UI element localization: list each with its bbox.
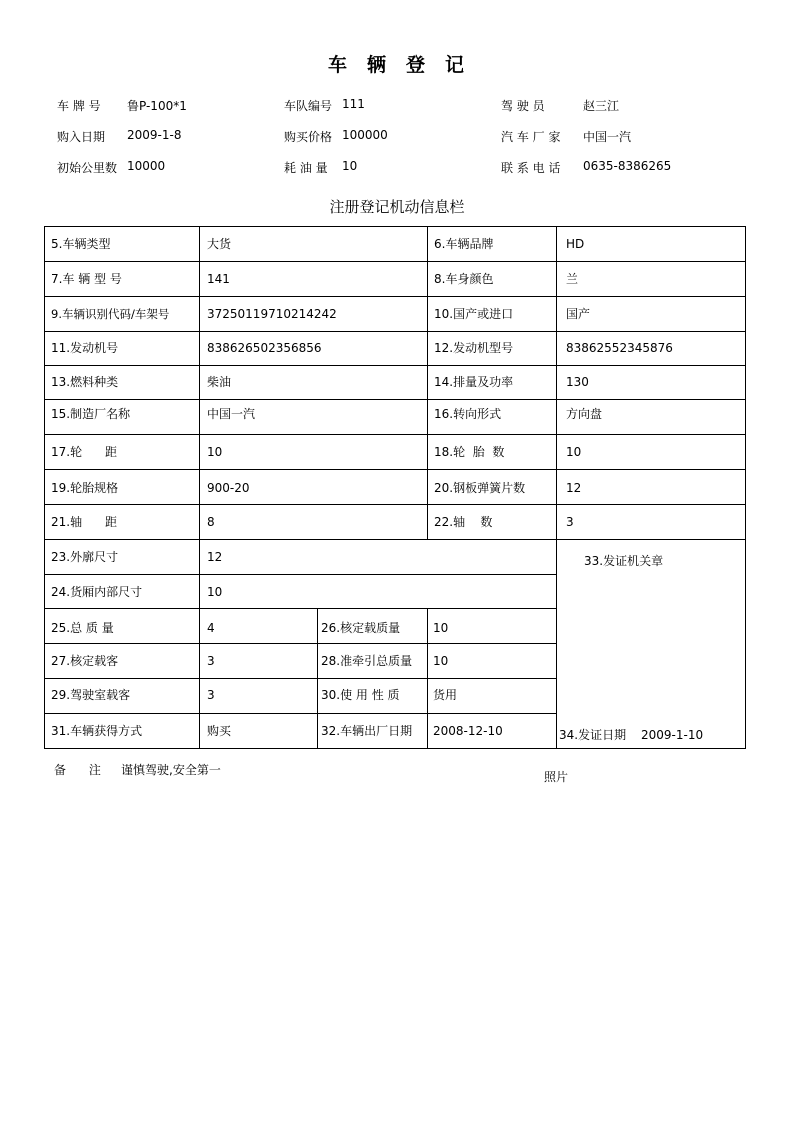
field-value: 国产 <box>566 307 590 321</box>
row-divider <box>44 574 556 575</box>
row-divider <box>44 226 746 227</box>
column-divider <box>556 226 557 749</box>
title-char: 登 <box>406 54 427 76</box>
field-label: 15.制造厂名称 <box>51 407 130 421</box>
row-divider <box>44 296 746 297</box>
field-label: 16.转向形式 <box>434 407 501 421</box>
field-value: 12 <box>207 550 222 564</box>
remarks-label: 备 注 <box>54 761 101 778</box>
row-divider <box>44 434 746 435</box>
field-value: 4 <box>207 621 215 635</box>
field-label: 8.车身颜色 <box>434 272 493 286</box>
field-value: 141 <box>207 272 230 286</box>
issue-date-value: 2009-1-10 <box>641 728 703 742</box>
field-value: 3 <box>566 515 574 529</box>
row-divider <box>44 678 556 679</box>
table-border <box>44 748 746 749</box>
remarks-value: 谨慎驾驶,安全第一 <box>121 761 221 778</box>
table-border <box>44 226 45 749</box>
row-divider <box>44 539 746 540</box>
field-label: 9.车辆识别代码/车架号 <box>51 307 169 321</box>
fuel-consumption-label: 耗 油 量 <box>284 159 328 176</box>
field-value: 10 <box>207 585 222 599</box>
field-label: 32.车辆出厂日期 <box>321 724 412 738</box>
table-border <box>745 226 746 749</box>
field-label: 29.驾驶室载客 <box>51 688 130 702</box>
field-label: 21.轴 距 <box>51 515 117 529</box>
field-value: 37250119710214242 <box>207 307 337 321</box>
initial-mileage-value: 10000 <box>127 159 165 173</box>
field-value: 83862552345876 <box>566 341 673 355</box>
field-label: 14.排量及功率 <box>434 375 513 389</box>
field-label: 6.车辆品牌 <box>434 237 493 251</box>
issue-date-label: 34.发证日期 <box>559 728 626 742</box>
field-value: 10 <box>207 445 222 459</box>
phone-value: 0635-8386265 <box>583 159 671 173</box>
fleet-no-value: 111 <box>342 97 365 111</box>
photo-label: 照片 <box>544 768 568 785</box>
seal-label: 33.发证机关章 <box>584 554 663 568</box>
purchase-date-value: 2009-1-8 <box>127 128 181 142</box>
field-value: 柴油 <box>207 375 231 389</box>
field-value: 方向盘 <box>566 407 602 421</box>
document-title: 车辆登记 <box>0 50 794 77</box>
manufacturer-label: 汽 车 厂 家 <box>501 128 560 145</box>
field-label: 24.货厢内部尺寸 <box>51 585 142 599</box>
field-label: 12.发动机型号 <box>434 341 513 355</box>
field-value: 8 <box>207 515 215 529</box>
field-label: 28.准牵引总质量 <box>321 654 412 668</box>
field-label: 19.轮胎规格 <box>51 481 118 495</box>
field-value: 10 <box>433 621 448 635</box>
column-divider <box>199 226 200 749</box>
field-label: 5.车辆类型 <box>51 237 110 251</box>
field-label: 18.轮 胎 数 <box>434 445 504 459</box>
field-label: 25.总 质 量 <box>51 621 114 635</box>
purchase-price-label: 购买价格 <box>284 128 332 145</box>
driver-value: 赵三江 <box>583 97 619 114</box>
fleet-no-label: 车队编号 <box>284 97 332 114</box>
row-divider <box>44 713 556 714</box>
field-value: 2008-12-10 <box>433 724 503 738</box>
field-value: 10 <box>566 445 581 459</box>
purchase-price-value: 100000 <box>342 128 388 142</box>
row-divider <box>44 261 746 262</box>
field-label: 31.车辆获得方式 <box>51 724 142 738</box>
plate-value: 鲁P-100*1 <box>127 97 187 114</box>
purchase-date-label: 购入日期 <box>57 128 105 145</box>
field-value: 900-20 <box>207 481 250 495</box>
field-value: 3 <box>207 688 215 702</box>
row-divider <box>44 399 746 400</box>
field-value: 3 <box>207 654 215 668</box>
phone-label: 联 系 电 话 <box>501 159 560 176</box>
row-divider <box>44 608 556 609</box>
section-title: 注册登记机动信息栏 <box>0 196 794 217</box>
field-label: 30.使 用 性 质 <box>321 688 400 702</box>
field-value: 大货 <box>207 237 231 251</box>
title-char: 辆 <box>367 54 388 76</box>
driver-label: 驾 驶 员 <box>501 97 545 114</box>
column-divider <box>427 226 428 539</box>
field-label: 11.发动机号 <box>51 341 118 355</box>
field-label: 17.轮 距 <box>51 445 117 459</box>
field-value: 12 <box>566 481 581 495</box>
field-value: 130 <box>566 375 589 389</box>
field-value: 10 <box>433 654 448 668</box>
field-label: 10.国产或进口 <box>434 307 513 321</box>
field-label: 20.钢板弹簧片数 <box>434 481 525 495</box>
plate-label: 车 牌 号 <box>57 97 101 114</box>
field-label: 7.车 辆 型 号 <box>51 272 122 286</box>
manufacturer-value: 中国一汽 <box>583 128 631 145</box>
row-divider <box>44 504 746 505</box>
field-label: 26.核定载质量 <box>321 621 400 635</box>
field-label: 22.轴 数 <box>434 515 492 529</box>
row-divider <box>44 331 746 332</box>
field-value: 838626502356856 <box>207 341 322 355</box>
title-char: 记 <box>445 54 466 76</box>
row-divider <box>44 643 556 644</box>
field-value: HD <box>566 237 584 251</box>
field-label: 13.燃料种类 <box>51 375 118 389</box>
field-label: 27.核定载客 <box>51 654 118 668</box>
title-char: 车 <box>328 54 349 76</box>
field-value: 中国一汽 <box>207 407 255 421</box>
row-divider <box>44 469 746 470</box>
row-divider <box>44 365 746 366</box>
field-label: 23.外廓尺寸 <box>51 550 118 564</box>
field-value: 兰 <box>566 272 578 286</box>
initial-mileage-label: 初始公里数 <box>57 159 117 176</box>
field-value: 货用 <box>433 688 457 702</box>
field-value: 购买 <box>207 724 231 738</box>
fuel-consumption-value: 10 <box>342 159 357 173</box>
